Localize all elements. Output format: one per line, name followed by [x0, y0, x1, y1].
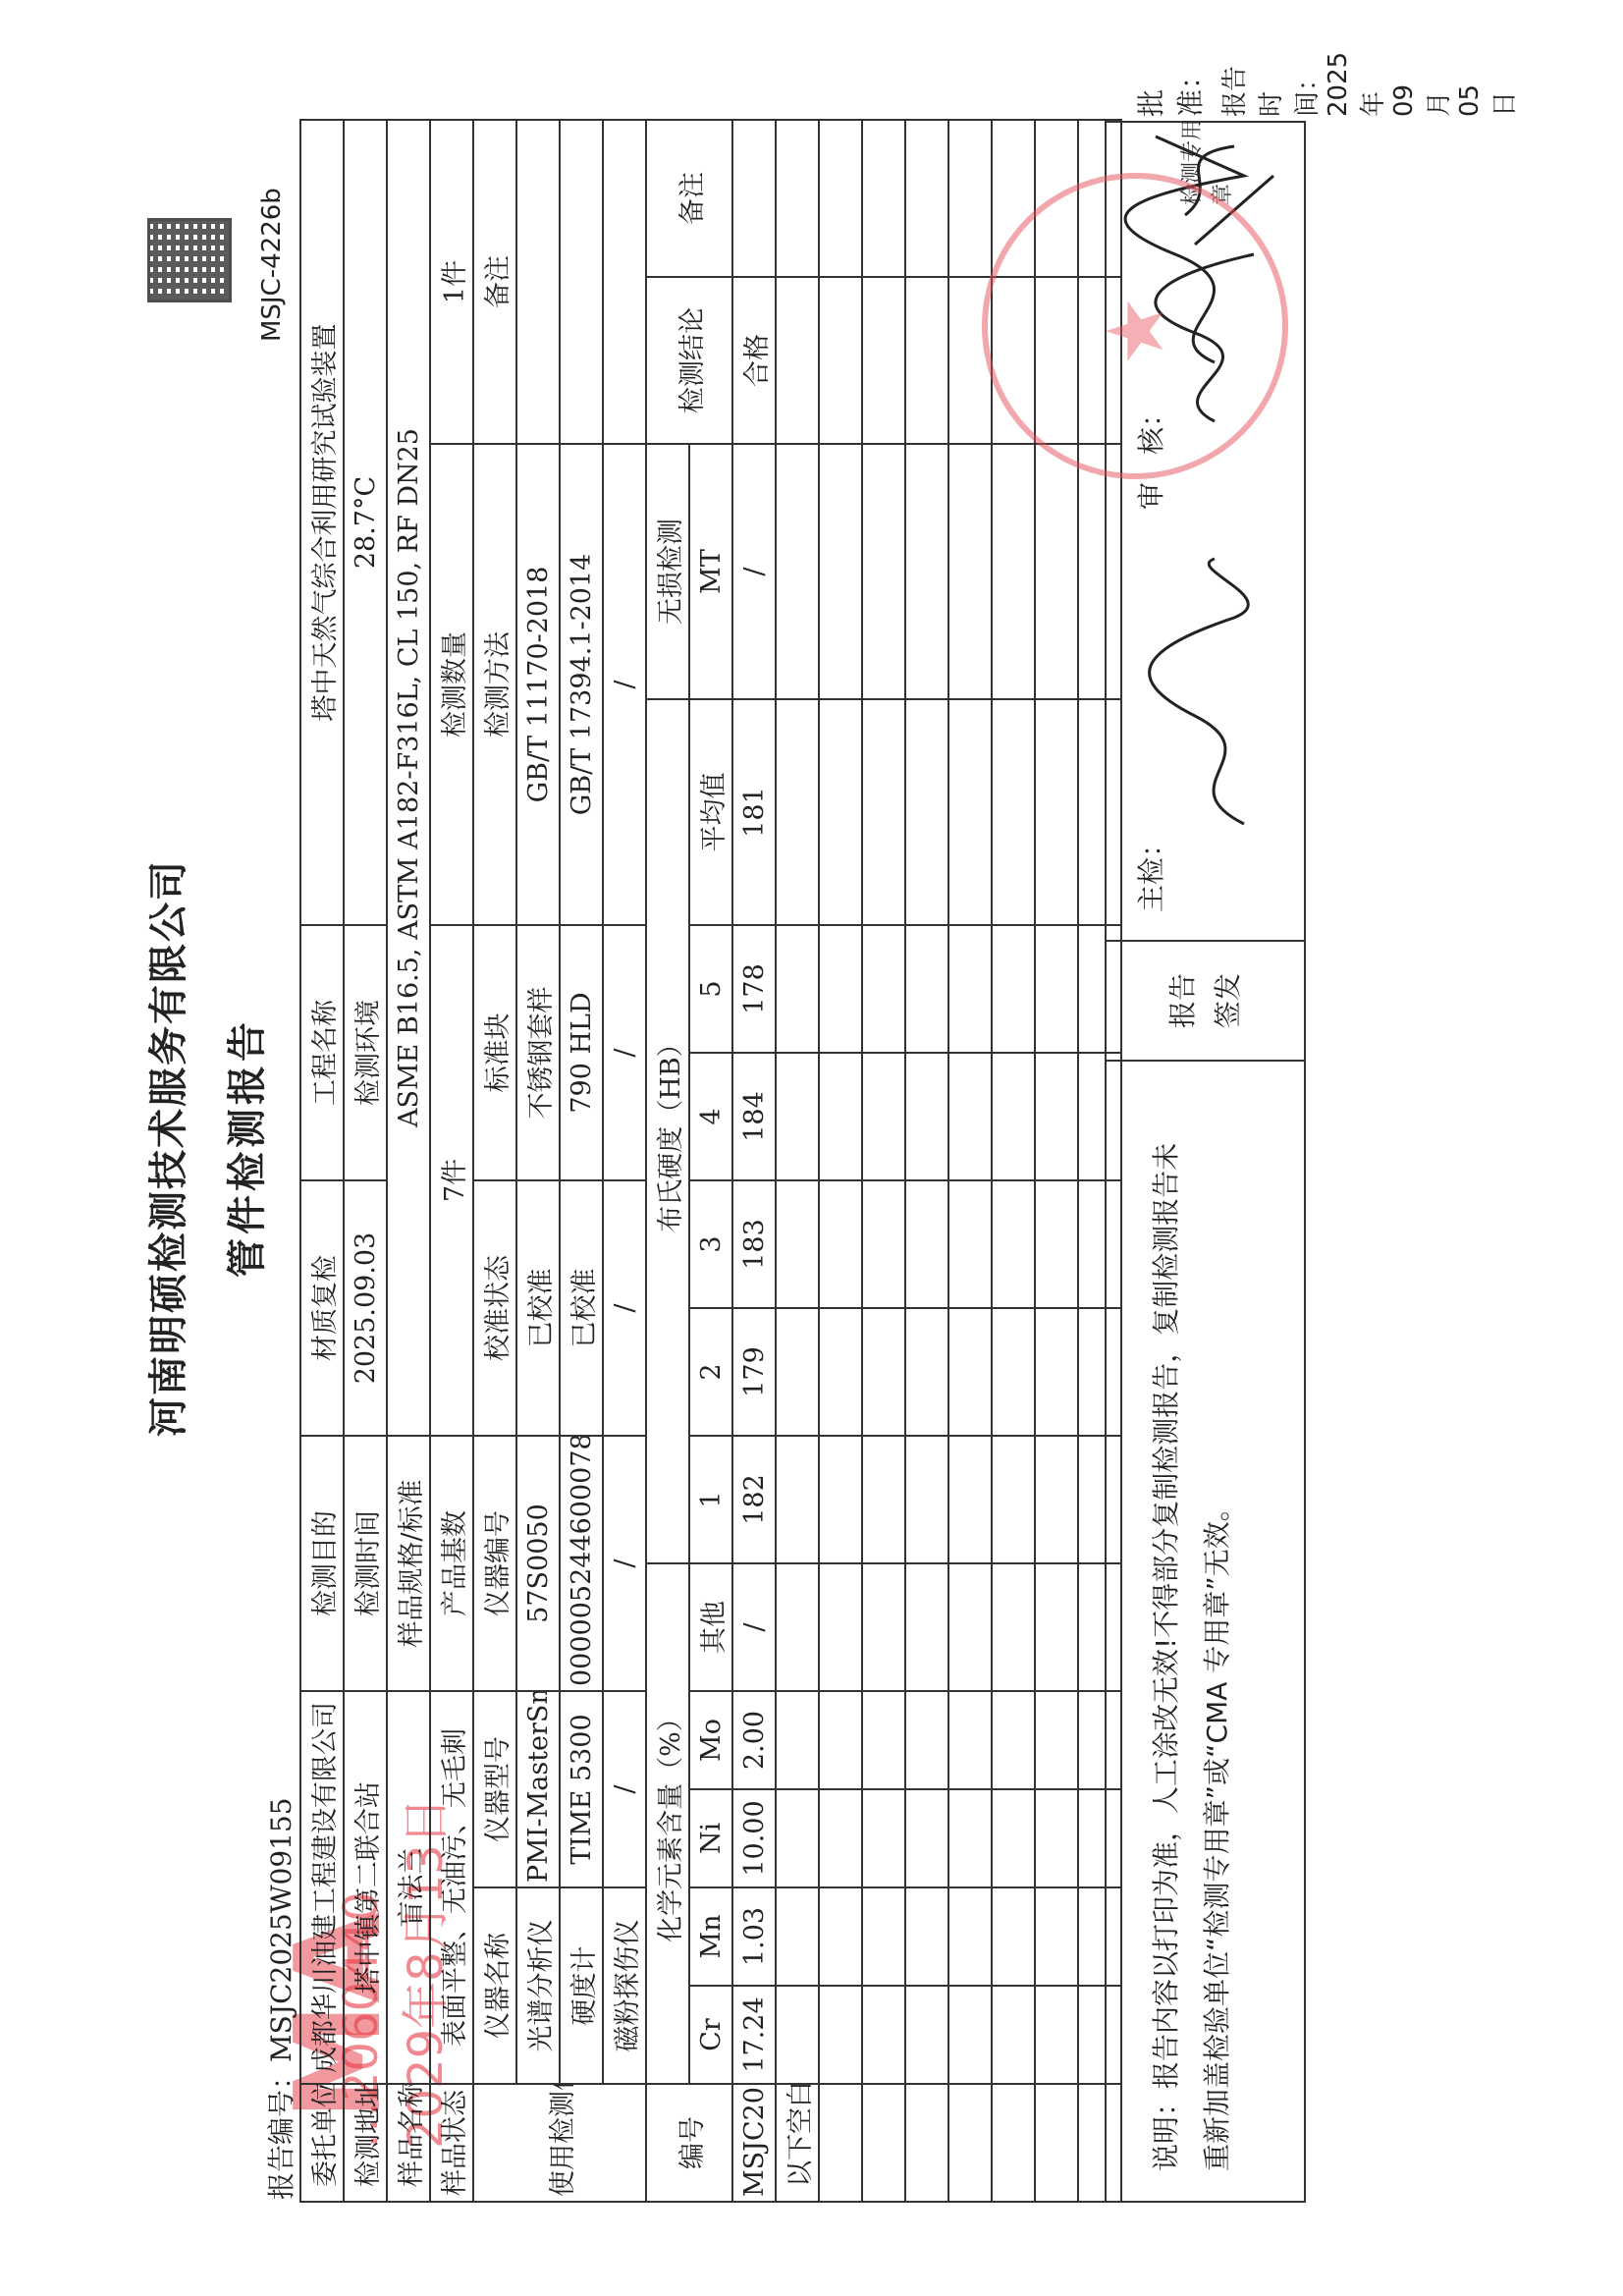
blank-marker-row: 以下空白	[776, 120, 819, 2202]
report-date-value: 2025 年 09 月 05 日	[1324, 52, 1520, 117]
env-value: 28.7°C	[344, 120, 387, 925]
address-value: 塔中镇第二联合站	[344, 1691, 387, 2084]
hb-5: 178	[732, 925, 776, 1053]
env-label: 检测环境	[344, 925, 387, 1180]
report-number-value: MSJC2025W09155	[265, 1797, 298, 2062]
instrument-calibration: 已校准	[560, 1180, 603, 1436]
instrument-col-name: 仪器名称	[473, 1887, 516, 2084]
report-table: 委托单位 成都华川油建工程建设有限公司 检测目的 材质复检 工程名称 塔中天然气…	[299, 119, 1122, 2203]
base-label: 产品基数	[430, 1436, 473, 1691]
hb-col-4: 4	[689, 1053, 732, 1180]
chem-other: /	[732, 1563, 776, 1691]
instrument-serial: 000005244600078	[560, 1436, 603, 1691]
instrument-remark	[560, 120, 603, 444]
footer-note-line-2: 重新加盖检验单位“检测专用章”或“CMA 专用章”无效。	[1192, 1143, 1243, 2171]
project-label: 工程名称	[300, 925, 344, 1180]
instrument-col-remark: 备注	[473, 120, 516, 444]
chem-ni: 10.00	[732, 1789, 776, 1887]
state-value: 表面平整、无油污、无毛刺	[430, 1691, 473, 2084]
instrument-block: 790 HLD	[560, 925, 603, 1180]
instrument-col-method: 检测方法	[473, 444, 516, 925]
instrument-model: TIME 5300	[560, 1691, 603, 1887]
issue-label: 报告 签发	[1107, 940, 1304, 1060]
qr-code-icon	[147, 218, 232, 302]
remark	[732, 120, 776, 277]
ndt-label: 无损检测	[646, 444, 689, 699]
instrument-model: PMI-MasterSmart	[516, 1691, 560, 1887]
base-value: 7件	[430, 925, 473, 1436]
blank-row	[819, 120, 862, 2202]
blank-row	[905, 120, 948, 2202]
ndt-col-mt: MT	[689, 444, 732, 699]
report-number-label: 报告编号：	[265, 2062, 298, 2200]
hb-4: 184	[732, 1053, 776, 1180]
blank-row	[862, 120, 905, 2202]
approver-label: 批 准：	[1130, 62, 1209, 117]
qty-value: 1件	[430, 120, 473, 444]
instrument-block: 不锈钢套样	[516, 925, 560, 1180]
chem-mn: 1.03	[732, 1887, 776, 1986]
conclusion: 合格	[732, 277, 776, 444]
remark-label: 备注	[646, 120, 732, 277]
state-label: 样品状态	[430, 2084, 473, 2202]
hb-3: 183	[732, 1180, 776, 1308]
project-value: 塔中天然气综合利用研究试验装置	[300, 120, 344, 925]
chem-label: 化学元素含量（%）	[646, 1563, 689, 2084]
instrument-method: GB/T 11170-2018	[516, 444, 560, 925]
instrument-col-calibration: 校准状态	[473, 1180, 516, 1436]
company-name: 河南明硕检测技术服务有限公司	[137, 0, 193, 2296]
qr-label: MSJC-4226b	[257, 126, 287, 342]
conclusion-label: 检测结论	[646, 277, 732, 444]
instrument-method: GB/T 17394.1-2014	[560, 444, 603, 925]
chem-col-mn: Mn	[689, 1887, 732, 1986]
report-number: 报告编号：MSJC2025W09155	[260, 1797, 299, 2200]
report-page: MA …2060440 2029年8月13日 河南明硕检测技术服务有限公司 管件…	[0, 0, 1623, 2296]
instrument-serial: /	[603, 1436, 646, 1691]
instrument-name: 光谱分析仪	[516, 1887, 560, 2084]
instrument-model: /	[603, 1691, 646, 1887]
hb-1: 182	[732, 1436, 776, 1563]
report-date-label: 报告时间：	[1220, 66, 1323, 117]
sample-value: 盲法兰	[387, 1691, 430, 2084]
report-date: 报告时间：2025 年 09 月 05 日	[1215, 52, 1521, 117]
row-state: 样品状态 表面平整、无油污、无毛刺 产品基数 7件 检测数量 1件	[430, 120, 473, 2202]
blank-row	[948, 120, 992, 2202]
instrument-col-serial: 仪器编号	[473, 1436, 516, 1691]
issue-label-2: 签发	[1206, 973, 1251, 1028]
instrument-header-row: 使用检测仪器 仪器名称 仪器型号 仪器编号 校准状态 标准块 检测方法 备注	[473, 120, 516, 2202]
chem-col-ni: Ni	[689, 1789, 732, 1887]
instrument-row: 光谱分析仪 PMI-MasterSmart 57S0050 已校准 不锈钢套样 …	[516, 120, 560, 2202]
address-label: 检测地址	[344, 2084, 387, 2202]
client-label: 委托单位	[300, 2084, 344, 2202]
spec-label: 样品规格/标准	[387, 1436, 430, 1691]
footer-note-line-1: 说明：报告内容以打印为准，人工涂改无效!不得部分复制检测报告，复制检测报告未	[1141, 1143, 1192, 2171]
chem-cr: 17.24	[732, 1986, 776, 2084]
chem-col-other: 其他	[689, 1563, 732, 1691]
spec-value: ASME B16.5, ASTM A182-F316L, CL 150, RF …	[387, 120, 430, 1436]
instruments-section-label: 使用检测仪器	[473, 2084, 646, 2202]
seal-star-icon: ★	[1090, 296, 1181, 366]
hb-col-1: 1	[689, 1436, 732, 1563]
instrument-method: /	[603, 444, 646, 925]
hb-col-3: 3	[689, 1180, 732, 1308]
hb-col-avg: 平均值	[689, 699, 732, 925]
result-row: MSJC202509155 17.24 1.03 10.00 2.00 / 18…	[732, 120, 776, 2202]
blank-marker: 以下空白	[776, 2084, 819, 2202]
results-header-row: 编号 化学元素含量（%） 布氏硬度（HB） 无损检测 检测结论 备注	[646, 120, 689, 2202]
client-value: 成都华川油建工程建设有限公司	[300, 1691, 344, 2084]
time-value: 2025.09.03	[344, 1180, 387, 1436]
result-id: MSJC202509155	[732, 2084, 776, 2202]
chem-col-cr: Cr	[689, 1986, 732, 2084]
row-sample: 样品名称 盲法兰 样品规格/标准 ASME B16.5, ASTM A182-F…	[387, 120, 430, 2202]
footer-note: 说明：报告内容以打印为准，人工涂改无效!不得部分复制检测报告，复制检测报告未 重…	[1141, 1143, 1243, 2171]
issue-label-1: 报告	[1161, 973, 1206, 1028]
instrument-remark	[516, 120, 560, 444]
instrument-calibration: 已校准	[516, 1180, 560, 1436]
ndt-mt: /	[732, 444, 776, 699]
hb-label: 布氏硬度（HB）	[646, 699, 689, 1563]
hb-col-5: 5	[689, 925, 732, 1053]
hb-col-2: 2	[689, 1308, 732, 1436]
sample-label: 样品名称	[387, 2084, 430, 2202]
instrument-col-model: 仪器型号	[473, 1691, 516, 1887]
hb-2: 179	[732, 1308, 776, 1436]
inspector-signature	[1126, 549, 1293, 844]
purpose-value: 材质复检	[300, 1180, 344, 1436]
row-client: 委托单位 成都华川油建工程建设有限公司 检测目的 材质复检 工程名称 塔中天然气…	[300, 120, 344, 2202]
instrument-calibration: /	[603, 1180, 646, 1436]
results-id-label: 编号	[646, 2084, 732, 2202]
qty-label: 检测数量	[430, 444, 473, 925]
chem-col-mo: Mo	[689, 1691, 732, 1789]
instrument-row: 磁粉探伤仪 / / / / /	[603, 120, 646, 2202]
instrument-col-block: 标准块	[473, 925, 516, 1180]
instrument-name: 磁粉探伤仪	[603, 1887, 646, 2084]
purpose-label: 检测目的	[300, 1436, 344, 1691]
instrument-serial: 57S0050	[516, 1436, 560, 1691]
row-address: 检测地址 塔中镇第二联合站 检测时间 2025.09.03 检测环境 28.7°…	[344, 120, 387, 2202]
instrument-name: 硬度计	[560, 1887, 603, 2084]
instrument-row: 硬度计 TIME 5300 000005244600078 已校准 790 HL…	[560, 120, 603, 2202]
chem-mo: 2.00	[732, 1691, 776, 1789]
instrument-block: /	[603, 925, 646, 1180]
time-label: 检测时间	[344, 1436, 387, 1691]
hb-avg: 181	[732, 699, 776, 925]
instrument-remark	[603, 120, 646, 444]
